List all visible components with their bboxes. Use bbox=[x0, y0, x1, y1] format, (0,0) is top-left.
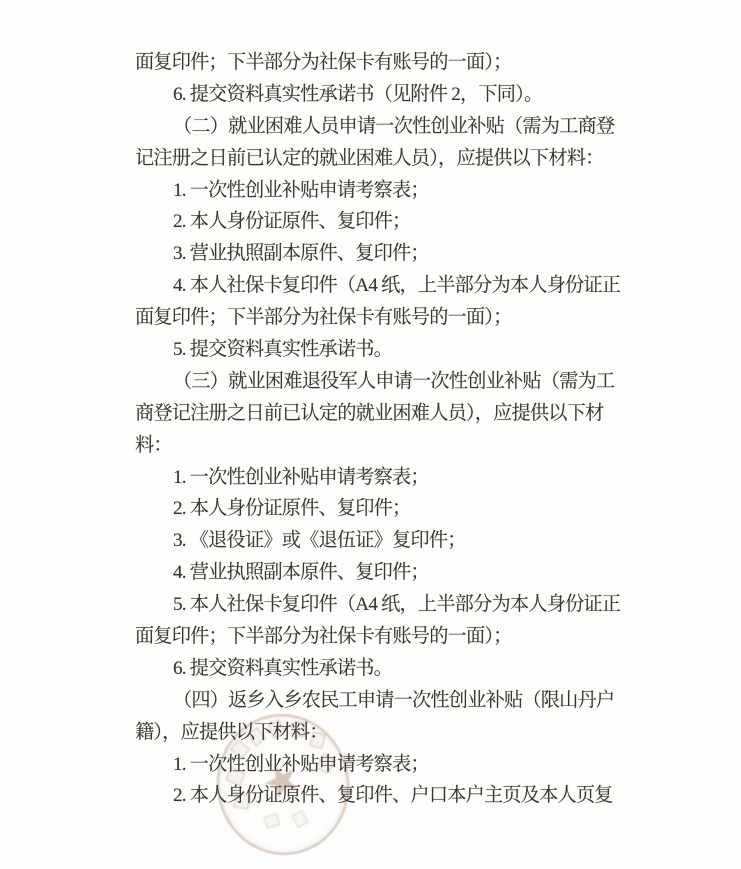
document-line: 1. 一次性创业补贴申请考察表； bbox=[135, 175, 620, 207]
document-text-block: 面复印件；下半部分为社保卡有账号的一面）； 6. 提交资料真实性承诺书（见附件 … bbox=[135, 47, 620, 812]
document-line: 6. 提交资料真实性承诺书（见附件 2，下同）。 bbox=[135, 79, 620, 111]
document-line: 5. 提交资料真实性承诺书。 bbox=[135, 334, 620, 366]
document-line: 籍），应提供以下材料： bbox=[135, 717, 620, 749]
document-line: 面复印件；下半部分为社保卡有账号的一面）； bbox=[135, 302, 620, 334]
document-line: （二）就业困难人员申请一次性创业补贴（需为工商登 bbox=[135, 111, 620, 143]
document-line: （四）返乡入乡农民工申请一次性创业补贴（限山丹户 bbox=[135, 685, 620, 717]
document-line: 3. 《退役证》或《退伍证》复印件； bbox=[135, 525, 620, 557]
document-line: 5. 本人社保卡复印件（A4 纸，上半部分为本人身份证正 bbox=[135, 589, 620, 621]
document-line: 2. 本人身份证原件、复印件； bbox=[135, 493, 620, 525]
document-line: 记注册之日前已认定的就业困难人员），应提供以下材料： bbox=[135, 143, 620, 175]
document-line: 料： bbox=[135, 430, 620, 462]
document-line: 1. 一次性创业补贴申请考察表； bbox=[135, 462, 620, 494]
document-line: 面复印件；下半部分为社保卡有账号的一面）； bbox=[135, 621, 620, 653]
document-line: 2. 本人身份证原件、复印件； bbox=[135, 206, 620, 238]
document-page: 面复印件；下半部分为社保卡有账号的一面）； 6. 提交资料真实性承诺书（见附件 … bbox=[0, 0, 741, 869]
document-line: 1. 一次性创业补贴申请考察表； bbox=[135, 749, 620, 781]
document-line: （三）就业困难退役军人申请一次性创业补贴（需为工 bbox=[135, 366, 620, 398]
document-line: 4. 本人社保卡复印件（A4 纸，上半部分为本人身份证正 bbox=[135, 270, 620, 302]
document-line: 商登记注册之日前已认定的就业困难人员），应提供以下材 bbox=[135, 398, 620, 430]
document-line: 面复印件；下半部分为社保卡有账号的一面）； bbox=[135, 47, 620, 79]
document-line: 3. 营业执照副本原件、复印件； bbox=[135, 238, 620, 270]
document-line: 4. 营业执照副本原件、复印件； bbox=[135, 557, 620, 589]
document-line: 2. 本人身份证原件、复印件、户口本户主页及本人页复 bbox=[135, 780, 620, 812]
document-line: 6. 提交资料真实性承诺书。 bbox=[135, 653, 620, 685]
